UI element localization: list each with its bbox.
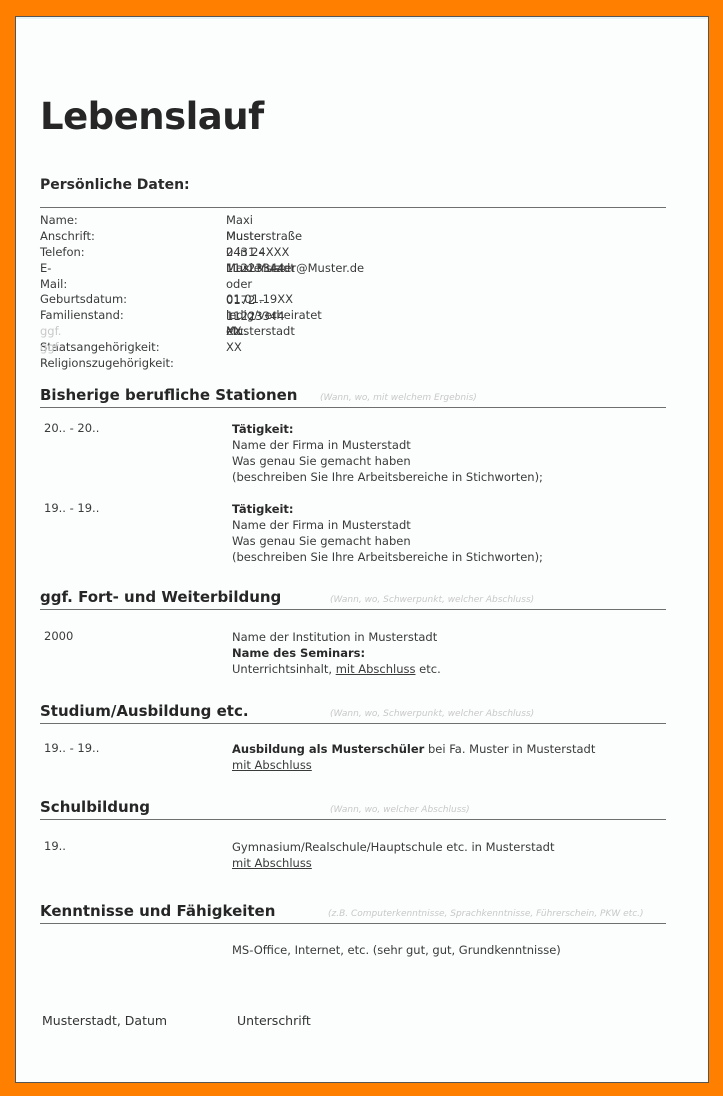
entry-date: 19.. - 19.. [44, 501, 99, 515]
row-label: Telefon: [40, 244, 85, 260]
section-skills: Kenntnisse und Fähigkeiten (z.B. Compute… [40, 899, 666, 924]
entry-line: Was genau Sie gemacht haben [232, 533, 543, 549]
optional-prefix: ggf. [40, 324, 61, 338]
entry-line: Name der Institution in Musterstadt [232, 629, 441, 645]
section-heading: Kenntnisse und Fähigkeiten [40, 902, 275, 920]
entry-text: etc. [416, 662, 441, 676]
entry-date: 20.. - 20.. [44, 421, 99, 435]
training-entry: Name der Institution in Musterstadt Name… [232, 629, 441, 677]
study-entry: Ausbildung als Musterschüler bei Fa. Mus… [232, 741, 595, 773]
qualification-link: mit Abschluss [232, 757, 595, 773]
skills-entry: MS-Office, Internet, etc. (sehr gut, gut… [232, 942, 561, 958]
school-entry: Gymnasium/Realschule/Hauptschule etc. in… [232, 839, 554, 871]
row-label: Familienstand: [40, 307, 124, 323]
section-heading: Bisherige berufliche Stationen [40, 386, 297, 404]
career-entry: Tätigkeit: Name der Firma in Musterstadt… [232, 501, 543, 565]
section-hint: (Wann, wo, welcher Abschluss) [330, 805, 470, 815]
divider [40, 207, 666, 208]
entry-date: 2000 [44, 629, 73, 643]
personal-data-heading: Persönliche Daten: [40, 177, 190, 193]
entry-text: Unterrichtsinhalt, [232, 662, 336, 676]
row-label: ggf. Religionszugehörigkeit: [40, 339, 174, 371]
section-hint: (Wann, wo, Schwerpunkt, welcher Abschlus… [330, 595, 534, 605]
section-training: ggf. Fort- und Weiterbildung (Wann, wo, … [40, 585, 666, 610]
entry-title: Tätigkeit: [232, 421, 543, 437]
section-hint: (Wann, wo, mit welchem Ergebnis) [320, 393, 477, 403]
entry-text: bei Fa. Muster in Musterstadt [424, 742, 595, 756]
resume-page: Lebenslauf Persönliche Daten: Name: Maxi… [15, 16, 709, 1083]
page-title: Lebenslauf [40, 95, 264, 138]
signature-label: Unterschrift [237, 1013, 311, 1028]
entry-line: Unterrichtsinhalt, mit Abschluss etc. [232, 661, 441, 677]
entry-line: Gymnasium/Realschule/Hauptschule etc. in… [232, 839, 554, 855]
row-label-text: Religionszugehörigkeit: [40, 356, 174, 370]
entry-line: (beschreiben Sie Ihre Arbeitsbereiche in… [232, 469, 543, 485]
section-career: Bisherige berufliche Stationen (Wann, wo… [40, 383, 666, 408]
entry-line: Name der Firma in Musterstadt [232, 517, 543, 533]
section-heading: Schulbildung [40, 798, 150, 816]
section-hint: (z.B. Computerkenntnisse, Sprachkenntnis… [328, 909, 644, 919]
row-value: XX [226, 339, 242, 355]
entry-line: (beschreiben Sie Ihre Arbeitsbereiche in… [232, 549, 543, 565]
entry-line: Ausbildung als Musterschüler bei Fa. Mus… [232, 741, 595, 757]
entry-title: Name des Seminars: [232, 645, 441, 661]
section-heading: Studium/Ausbildung etc. [40, 702, 249, 720]
section-study: Studium/Ausbildung etc. (Wann, wo, Schwe… [40, 699, 666, 724]
row-label: Name: [40, 212, 78, 228]
section-school: Schulbildung (Wann, wo, welcher Abschlus… [40, 795, 666, 820]
optional-prefix: ggf. [40, 340, 61, 354]
entry-line: Was genau Sie gemacht haben [232, 453, 543, 469]
section-hint: (Wann, wo, Schwerpunkt, welcher Abschlus… [330, 709, 534, 719]
row-label: Anschrift: [40, 228, 95, 244]
entry-line: MS-Office, Internet, etc. (sehr gut, gut… [232, 942, 561, 958]
entry-date: 19.. - 19.. [44, 741, 99, 755]
row-value: XX [226, 323, 242, 339]
qualification-link: mit Abschluss [232, 855, 554, 871]
row-label: Geburtsdatum: [40, 291, 127, 307]
entry-line: Name der Firma in Musterstadt [232, 437, 543, 453]
row-value: Maxi.Muster@Muster.de [226, 260, 364, 276]
section-heading: ggf. Fort- und Weiterbildung [40, 588, 281, 606]
row-label: E-Mail: [40, 260, 67, 292]
entry-title: Tätigkeit: [232, 501, 543, 517]
place-date: Musterstadt, Datum [42, 1013, 167, 1028]
qualification-link: mit Abschluss [336, 662, 416, 676]
entry-title: Ausbildung als Musterschüler [232, 742, 424, 756]
career-entry: Tätigkeit: Name der Firma in Musterstadt… [232, 421, 543, 485]
entry-date: 19.. [44, 839, 66, 853]
